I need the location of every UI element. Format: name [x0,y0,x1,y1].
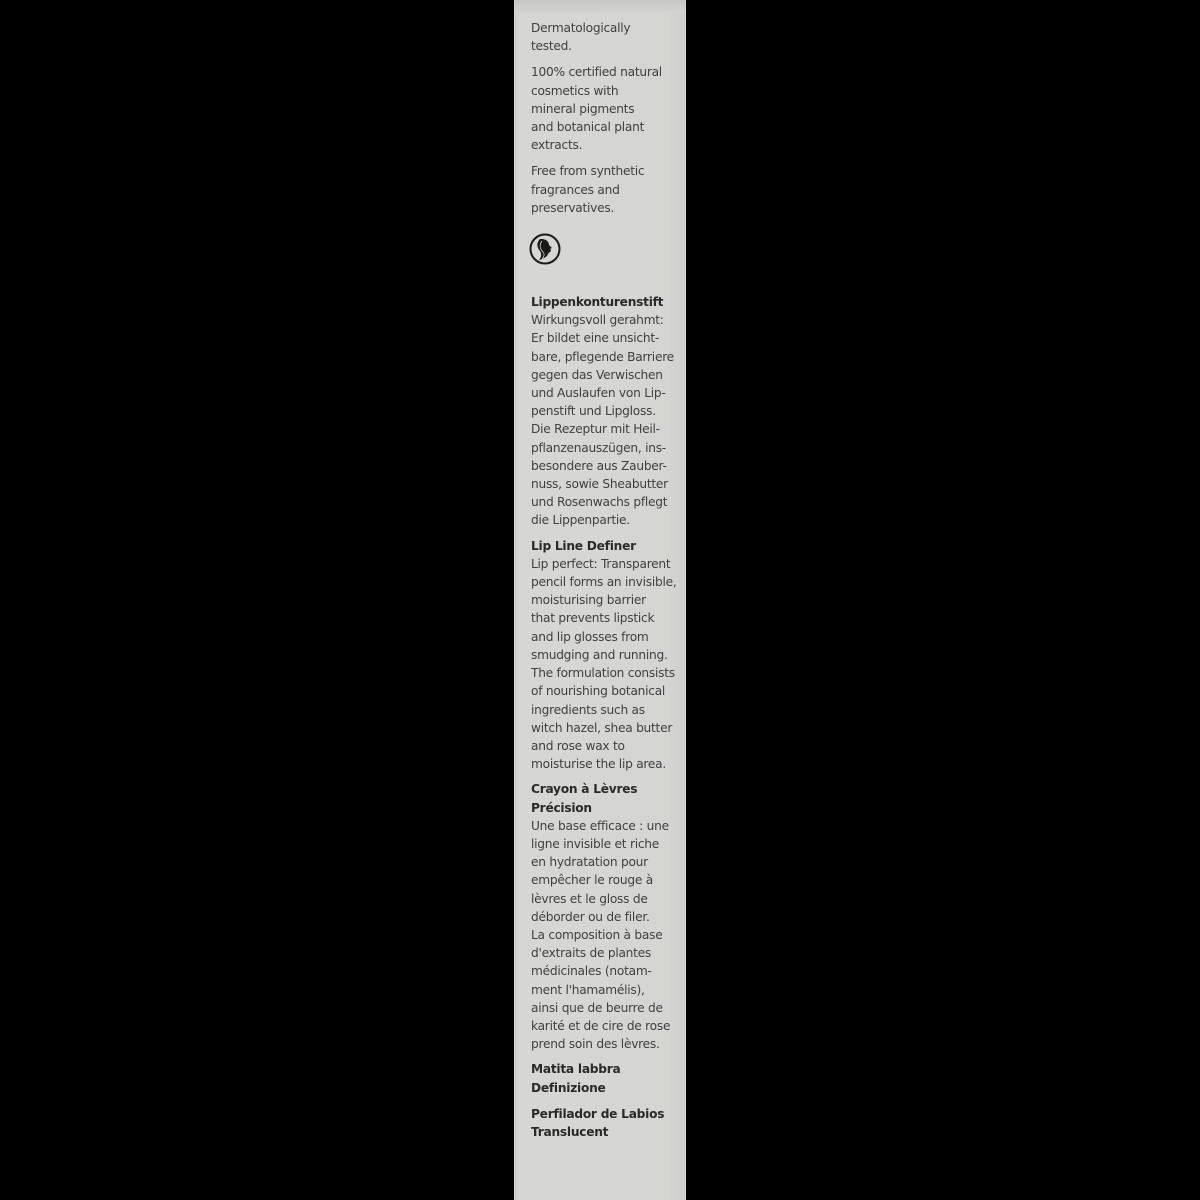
section-italian: Matita labbra Definizione [531,1060,686,1096]
section-body-french: Une base efficace : une ligne invisible … [531,817,686,1054]
claim-natural-cosmetics: 100% certified natural cosmetics with mi… [531,63,686,154]
section-french: Crayon à Lèvres Précision Une base effic… [531,780,686,1053]
section-german: Lippenkonturenstift Wirkungsvoll gerahmt… [531,293,686,530]
natrue-seal-icon [529,233,561,265]
box-text-content: Dermatologically tested. 100% certified … [531,19,686,1148]
section-title-german: Lippenkonturenstift [531,293,686,311]
section-english: Lip Line Definer Lip perfect: Transparen… [531,537,686,774]
section-title-english: Lip Line Definer [531,537,686,555]
section-title-italian: Matita labbra Definizione [531,1060,686,1096]
section-title-spanish: Perfilador de Labios Translucent [531,1105,686,1141]
section-spanish: Perfilador de Labios Translucent [531,1105,686,1141]
claim-free-from-synthetics: Free from synthetic fragrances and prese… [531,162,686,217]
product-box-side-panel: Dermatologically tested. 100% certified … [514,0,686,1200]
box-top-edge [514,0,686,14]
section-body-german: Wirkungsvoll gerahmt: Er bildet eine uns… [531,311,686,529]
section-body-english: Lip perfect: Transparent pencil forms an… [531,555,686,773]
section-title-french: Crayon à Lèvres Précision [531,780,686,816]
claim-dermatologically-tested: Dermatologically tested. [531,19,686,55]
